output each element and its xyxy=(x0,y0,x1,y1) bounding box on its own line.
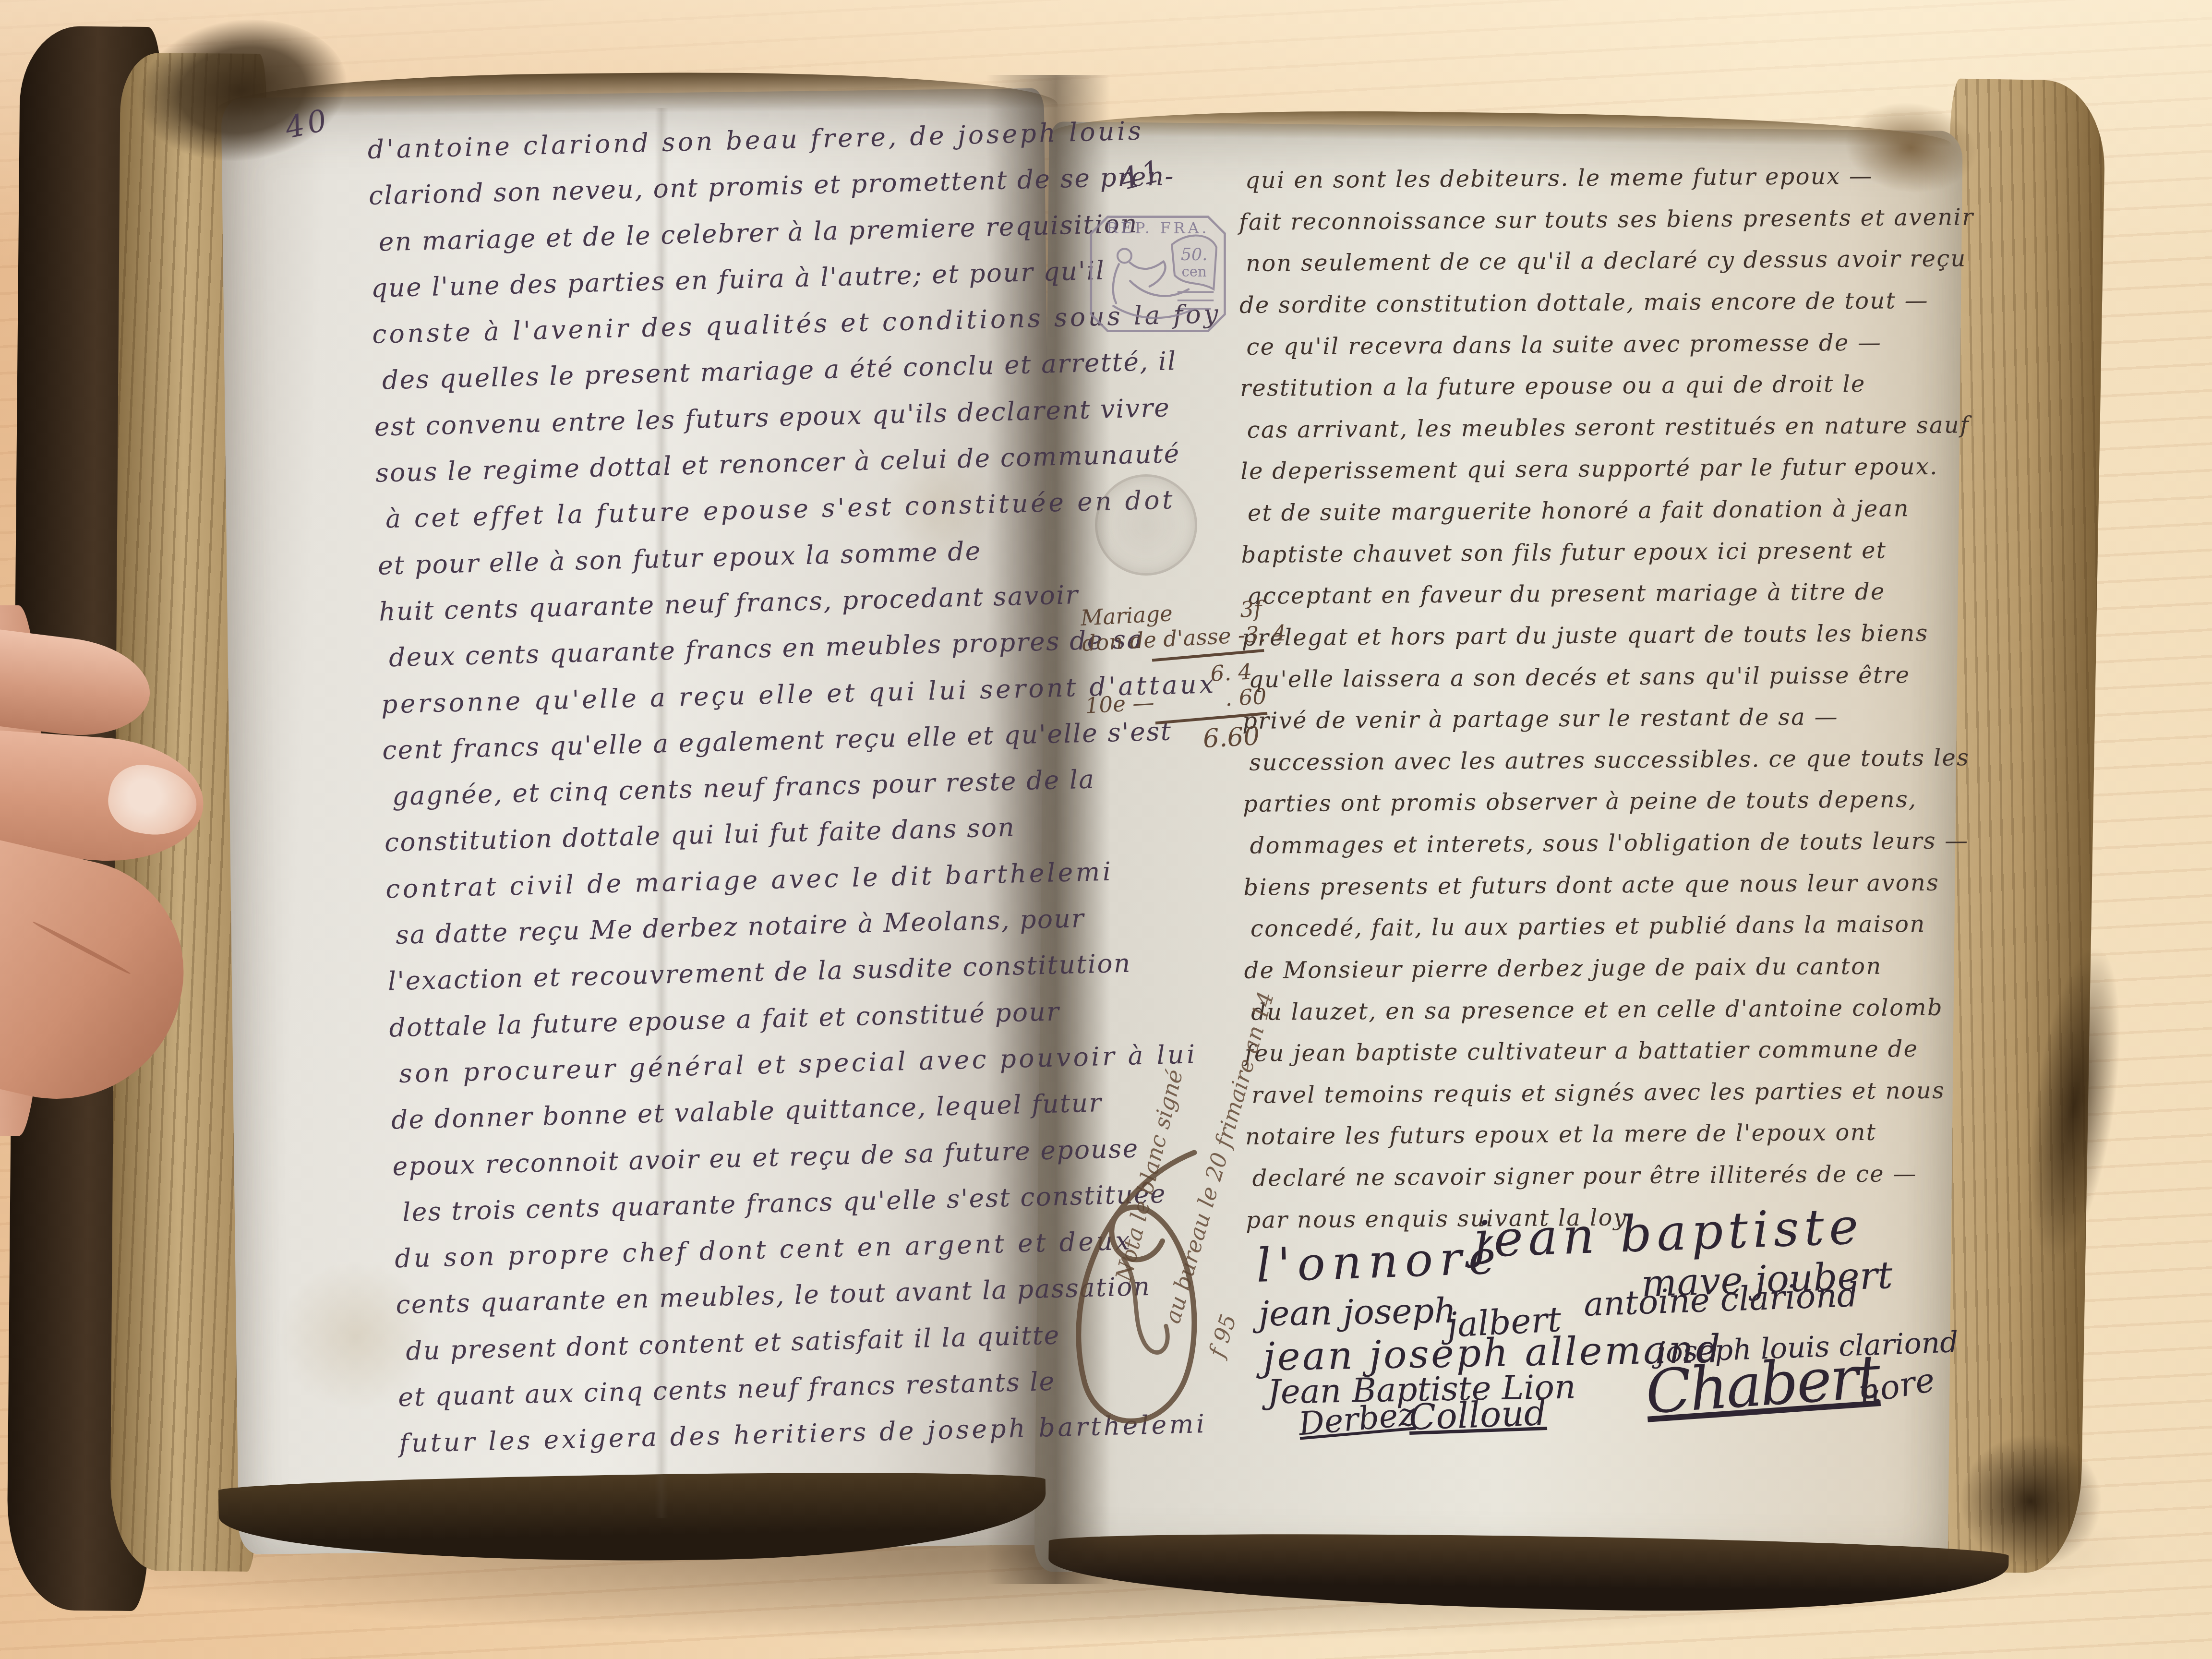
handwritten-text-line: le deperissement qui sera supporté par l… xyxy=(1241,454,1938,500)
handwritten-text-line: acceptant en faveur du present mariage à… xyxy=(1242,578,1939,625)
right-page-handwritten-text: qui en sont les debiteurs. le meme futur… xyxy=(1238,163,1943,1249)
handwritten-text-line: fait reconnoissance sur touts ses biens … xyxy=(1239,204,1936,251)
fore-edge-dark-wear-spot xyxy=(1960,1435,2102,1567)
stamp-octagon-icon: REP. FRA. 50. cen xyxy=(1088,203,1227,345)
handwritten-text-line: ce qu'il recevra dans la suite avec prom… xyxy=(1240,329,1937,375)
flourish-oval-stroke xyxy=(1079,1153,1194,1421)
handwritten-text-line: ravel temoins requis et signés avec les … xyxy=(1245,1078,1942,1124)
fee-label: 10e — xyxy=(1084,690,1154,719)
handwritten-text-line: concedé, fait, lu aux parties et publié … xyxy=(1244,911,1941,958)
flourish-scribble xyxy=(1124,1259,1168,1352)
handwritten-text-line: prelegat et hors part du juste quart de … xyxy=(1242,620,1939,667)
handwritten-text-line: non seulement de ce qu'il a declaré cy d… xyxy=(1239,246,1936,292)
handwritten-text-line: dommages et interets, sous l'obligation … xyxy=(1243,828,1940,875)
signature: jean joseph xyxy=(1258,1291,1456,1334)
handwritten-text-line: du lauzet, en sa presence et en celle d'… xyxy=(1245,994,1942,1041)
handwritten-text-line: qui en sont les debiteurs. le meme futur… xyxy=(1238,163,1935,209)
signature: l'onnoré xyxy=(1256,1230,1503,1293)
left-page-handwritten-text: d'antoine clariond son beau frere, de jo… xyxy=(367,118,1074,1475)
handwritten-text-line: notaire les futurs epoux et la mere de l… xyxy=(1245,1119,1942,1166)
handwritten-text-line: restitution a la future epouse ou a qui … xyxy=(1240,371,1937,417)
stamp-unit-text: cen xyxy=(1182,264,1207,280)
fee-value: 3. 4 xyxy=(1244,620,1287,648)
handwritten-text-line: de sordite constitution dottale, mais en… xyxy=(1239,288,1936,334)
handwritten-text-line: et de suite marguerite honoré a fait don… xyxy=(1241,495,1938,542)
handwritten-text-line: privé de venir à partage sur le restant … xyxy=(1242,703,1939,750)
handwritten-text-line: parties ont promis observer à peine de t… xyxy=(1243,786,1940,833)
signature: Colloud xyxy=(1408,1393,1548,1439)
photo-of-open-manuscript-book: 40 d'antoine clariond son beau frere, de… xyxy=(0,0,2212,1659)
handwritten-text-line: qu'elle laissera a son decés et sans qu'… xyxy=(1242,661,1939,708)
handwritten-text-line: succession avec les autres successibles.… xyxy=(1243,745,1940,792)
handwritten-text-line: feu jean baptiste cultivateur a battatie… xyxy=(1245,1036,1942,1082)
handwritten-text-line: de Monsieur pierre derbez juge de paix d… xyxy=(1244,953,1941,999)
fee-value: . 60 xyxy=(1225,684,1267,711)
faint-round-blind-stamp xyxy=(1095,474,1197,575)
registrar-signature-flourish xyxy=(1053,1120,1230,1468)
stamp-value-text: 50. xyxy=(1181,245,1207,264)
handwritten-text-line: cas arrivant, les meubles seront restitu… xyxy=(1240,412,1937,459)
handwritten-text-line: baptiste chauvet son fils futur epoux ic… xyxy=(1241,537,1938,584)
fee-value: 3f xyxy=(1239,596,1262,622)
handwritten-text-line: biens presents et futurs dont acte que n… xyxy=(1244,870,1941,916)
revenue-stamp-rep-fra-50c: REP. FRA. 50. cen xyxy=(1088,203,1227,345)
margin-fee-note: Mariage 3f don de d'asse - 3. 4 6. 4 10e… xyxy=(1080,596,1269,759)
